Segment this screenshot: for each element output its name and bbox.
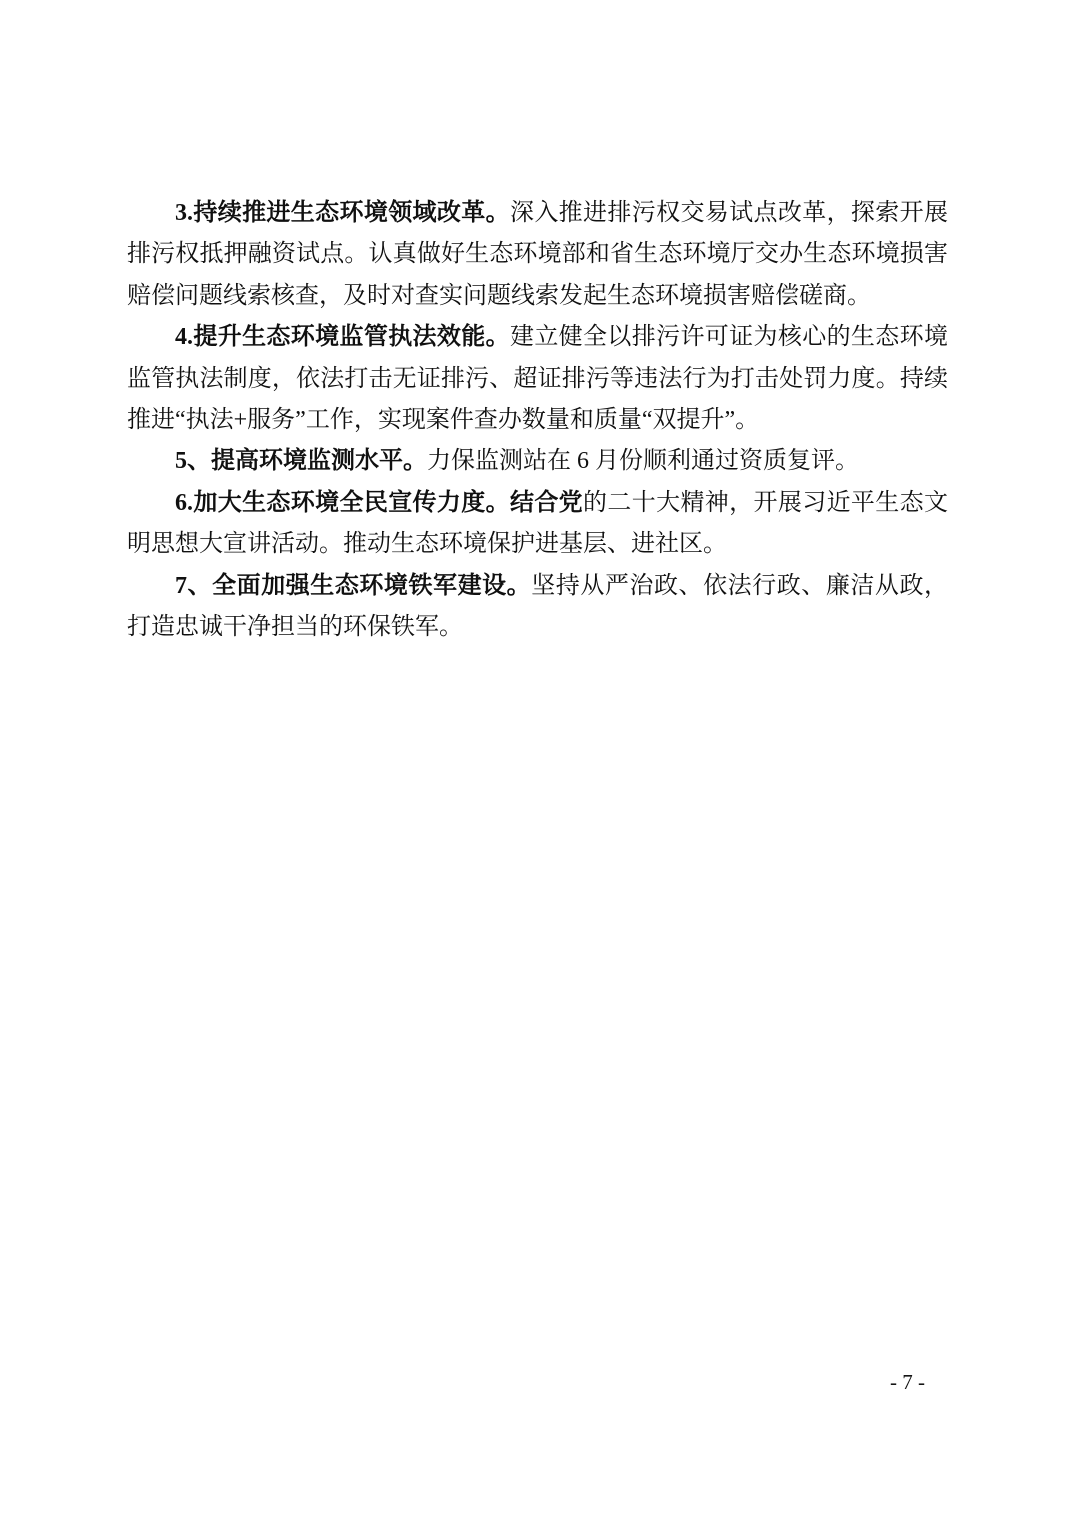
- paragraph-lead: 7、全面加强生态环境铁军建设。: [175, 573, 531, 599]
- page-number: - 7 -: [890, 1368, 925, 1396]
- paragraph-item-6: 6.加大生态环境全民宣传力度。结合党的二十大精神，开展习近平生态文明思想大宣讲活…: [127, 483, 948, 566]
- paragraph-item-7: 7、全面加强生态环境铁军建设。坚持从严治政、依法行政、廉洁从政，打造忠诚干净担当…: [127, 566, 948, 649]
- paragraph-lead: 4.提升生态环境监管执法效能。: [175, 324, 510, 350]
- document-body-text: 3.持续推进生态环境领域改革。深入推进排污权交易试点改革，探索开展排污权抵押融资…: [127, 193, 948, 648]
- paragraph-lead: 3.持续推进生态环境领域改革。: [175, 200, 510, 226]
- document-page: 3.持续推进生态环境领域改革。深入推进排污权交易试点改革，探索开展排污权抵押融资…: [0, 0, 1074, 1520]
- paragraph-lead: 6.加大生态环境全民宣传力度。结合党: [175, 490, 583, 516]
- paragraph-item-5: 5、提高环境监测水平。力保监测站在 6 月份顺利通过资质复评。: [127, 441, 948, 482]
- paragraph-item-3: 3.持续推进生态环境领域改革。深入推进排污权交易试点改革，探索开展排污权抵押融资…: [127, 193, 948, 317]
- paragraph-body: 力保监测站在 6 月份顺利通过资质复评。: [427, 448, 859, 474]
- paragraph-lead: 5、提高环境监测水平。: [175, 448, 427, 474]
- paragraph-item-4: 4.提升生态环境监管执法效能。建立健全以排污许可证为核心的生态环境监管执法制度，…: [127, 317, 948, 441]
